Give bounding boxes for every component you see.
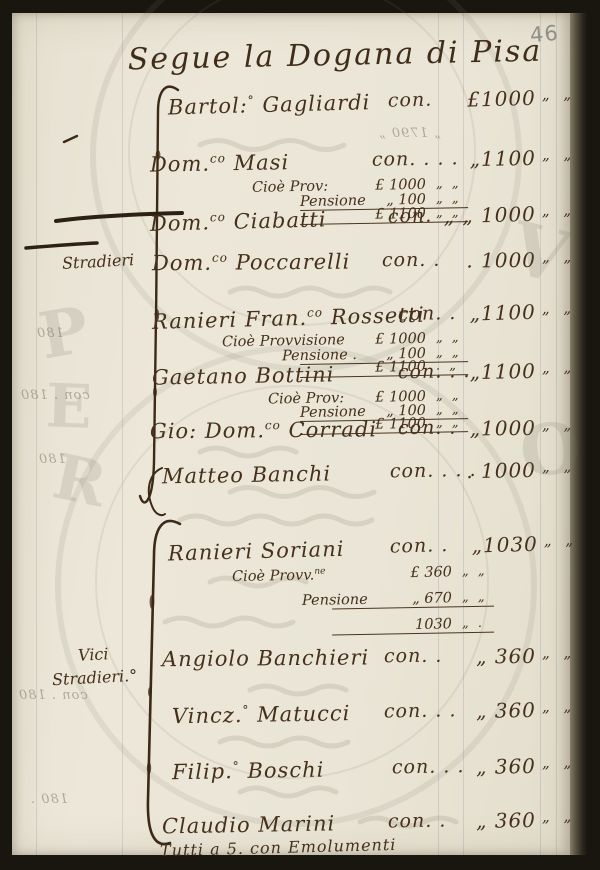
entry-amount: „ 360 bbox=[414, 808, 536, 834]
sub-line-amount-group: £ 360„ „ bbox=[332, 564, 494, 583]
sub-line-amount: „ 670 bbox=[332, 590, 452, 608]
sub-line-amount: £ 360 bbox=[332, 564, 452, 582]
entry-name: Gio: Dom.co Corradi bbox=[150, 417, 377, 443]
entry-ditto-marks: „ „ bbox=[542, 145, 573, 164]
sub-line-amount-group: 1030„ . bbox=[332, 616, 494, 636]
entry-amount: „1100 bbox=[414, 359, 536, 385]
entry-ditto-marks: „ „ bbox=[542, 697, 573, 716]
entry-amount: „ 360 bbox=[414, 644, 536, 669]
entry-ditto-marks: „ „ bbox=[542, 753, 573, 772]
entry-name: Dom.co Ciabatti bbox=[150, 207, 327, 236]
stamp-letter: O bbox=[516, 405, 585, 494]
entry-ditto-marks: „ „ bbox=[542, 644, 572, 662]
entry-ditto-marks: „ „ bbox=[542, 299, 573, 318]
manuscript-scan: Segue la Dogana di Pisa 46 Stradieri Vic… bbox=[0, 0, 600, 870]
entry-amount: „1100 bbox=[414, 300, 537, 327]
sub-line-amount-group: „ 670„ „ bbox=[332, 590, 494, 610]
entry-ditto-marks: „ „ bbox=[544, 531, 575, 550]
entry-name: Gaetano Bottini bbox=[152, 362, 335, 389]
bleed-through-text: 180 . bbox=[30, 792, 68, 807]
entry-amount: £1000 bbox=[414, 86, 537, 113]
entry-name: Vincz.° Matucci bbox=[172, 701, 351, 728]
entry-ditto-marks: „ „ bbox=[542, 85, 573, 104]
entry-name: Filip.° Boschi bbox=[172, 758, 325, 785]
ledger-entry-row: Angiolo Banchiericon. .„ 360„ „ bbox=[0, 643, 600, 678]
entry-ditto-marks: „ „ bbox=[542, 358, 573, 377]
folio-number: 46 bbox=[529, 21, 560, 47]
entry-amount: „1030 bbox=[416, 532, 539, 559]
stamp-letter: E bbox=[45, 371, 93, 443]
entry-amount: „ 360 bbox=[414, 754, 536, 780]
entry-name: Matteo Banchi bbox=[162, 461, 332, 488]
entry-name: Ranieri Soriani bbox=[168, 537, 345, 566]
entry-ditto-marks: „ „ bbox=[542, 807, 573, 826]
entry-name: Dom.co Masi bbox=[150, 150, 290, 176]
entry-amount: „ 360 bbox=[414, 698, 536, 724]
entry-name: Angiolo Banchieri bbox=[162, 645, 369, 671]
entry-amount: „1100 bbox=[414, 146, 536, 172]
sub-line-label: Cioè Provv.ne bbox=[232, 567, 326, 585]
sub-line-ditto-marks: „ „ bbox=[452, 590, 485, 607]
sub-line-ditto-marks: „ . bbox=[452, 616, 482, 633]
bleed-through-text: „ 1790 „ bbox=[378, 126, 441, 141]
entry-name: Bartol:° Gagliardi bbox=[168, 90, 371, 119]
entry-name: Dom.co Poccarelli bbox=[152, 250, 350, 276]
sub-line-amount: 1030 bbox=[332, 616, 452, 634]
entry-amount: . 1000 bbox=[414, 458, 536, 484]
bleed-through-text: con . 180 bbox=[18, 688, 88, 703]
entry-name: Claudio Marini bbox=[162, 811, 336, 838]
sub-line-ditto-marks: „ „ bbox=[452, 564, 485, 581]
